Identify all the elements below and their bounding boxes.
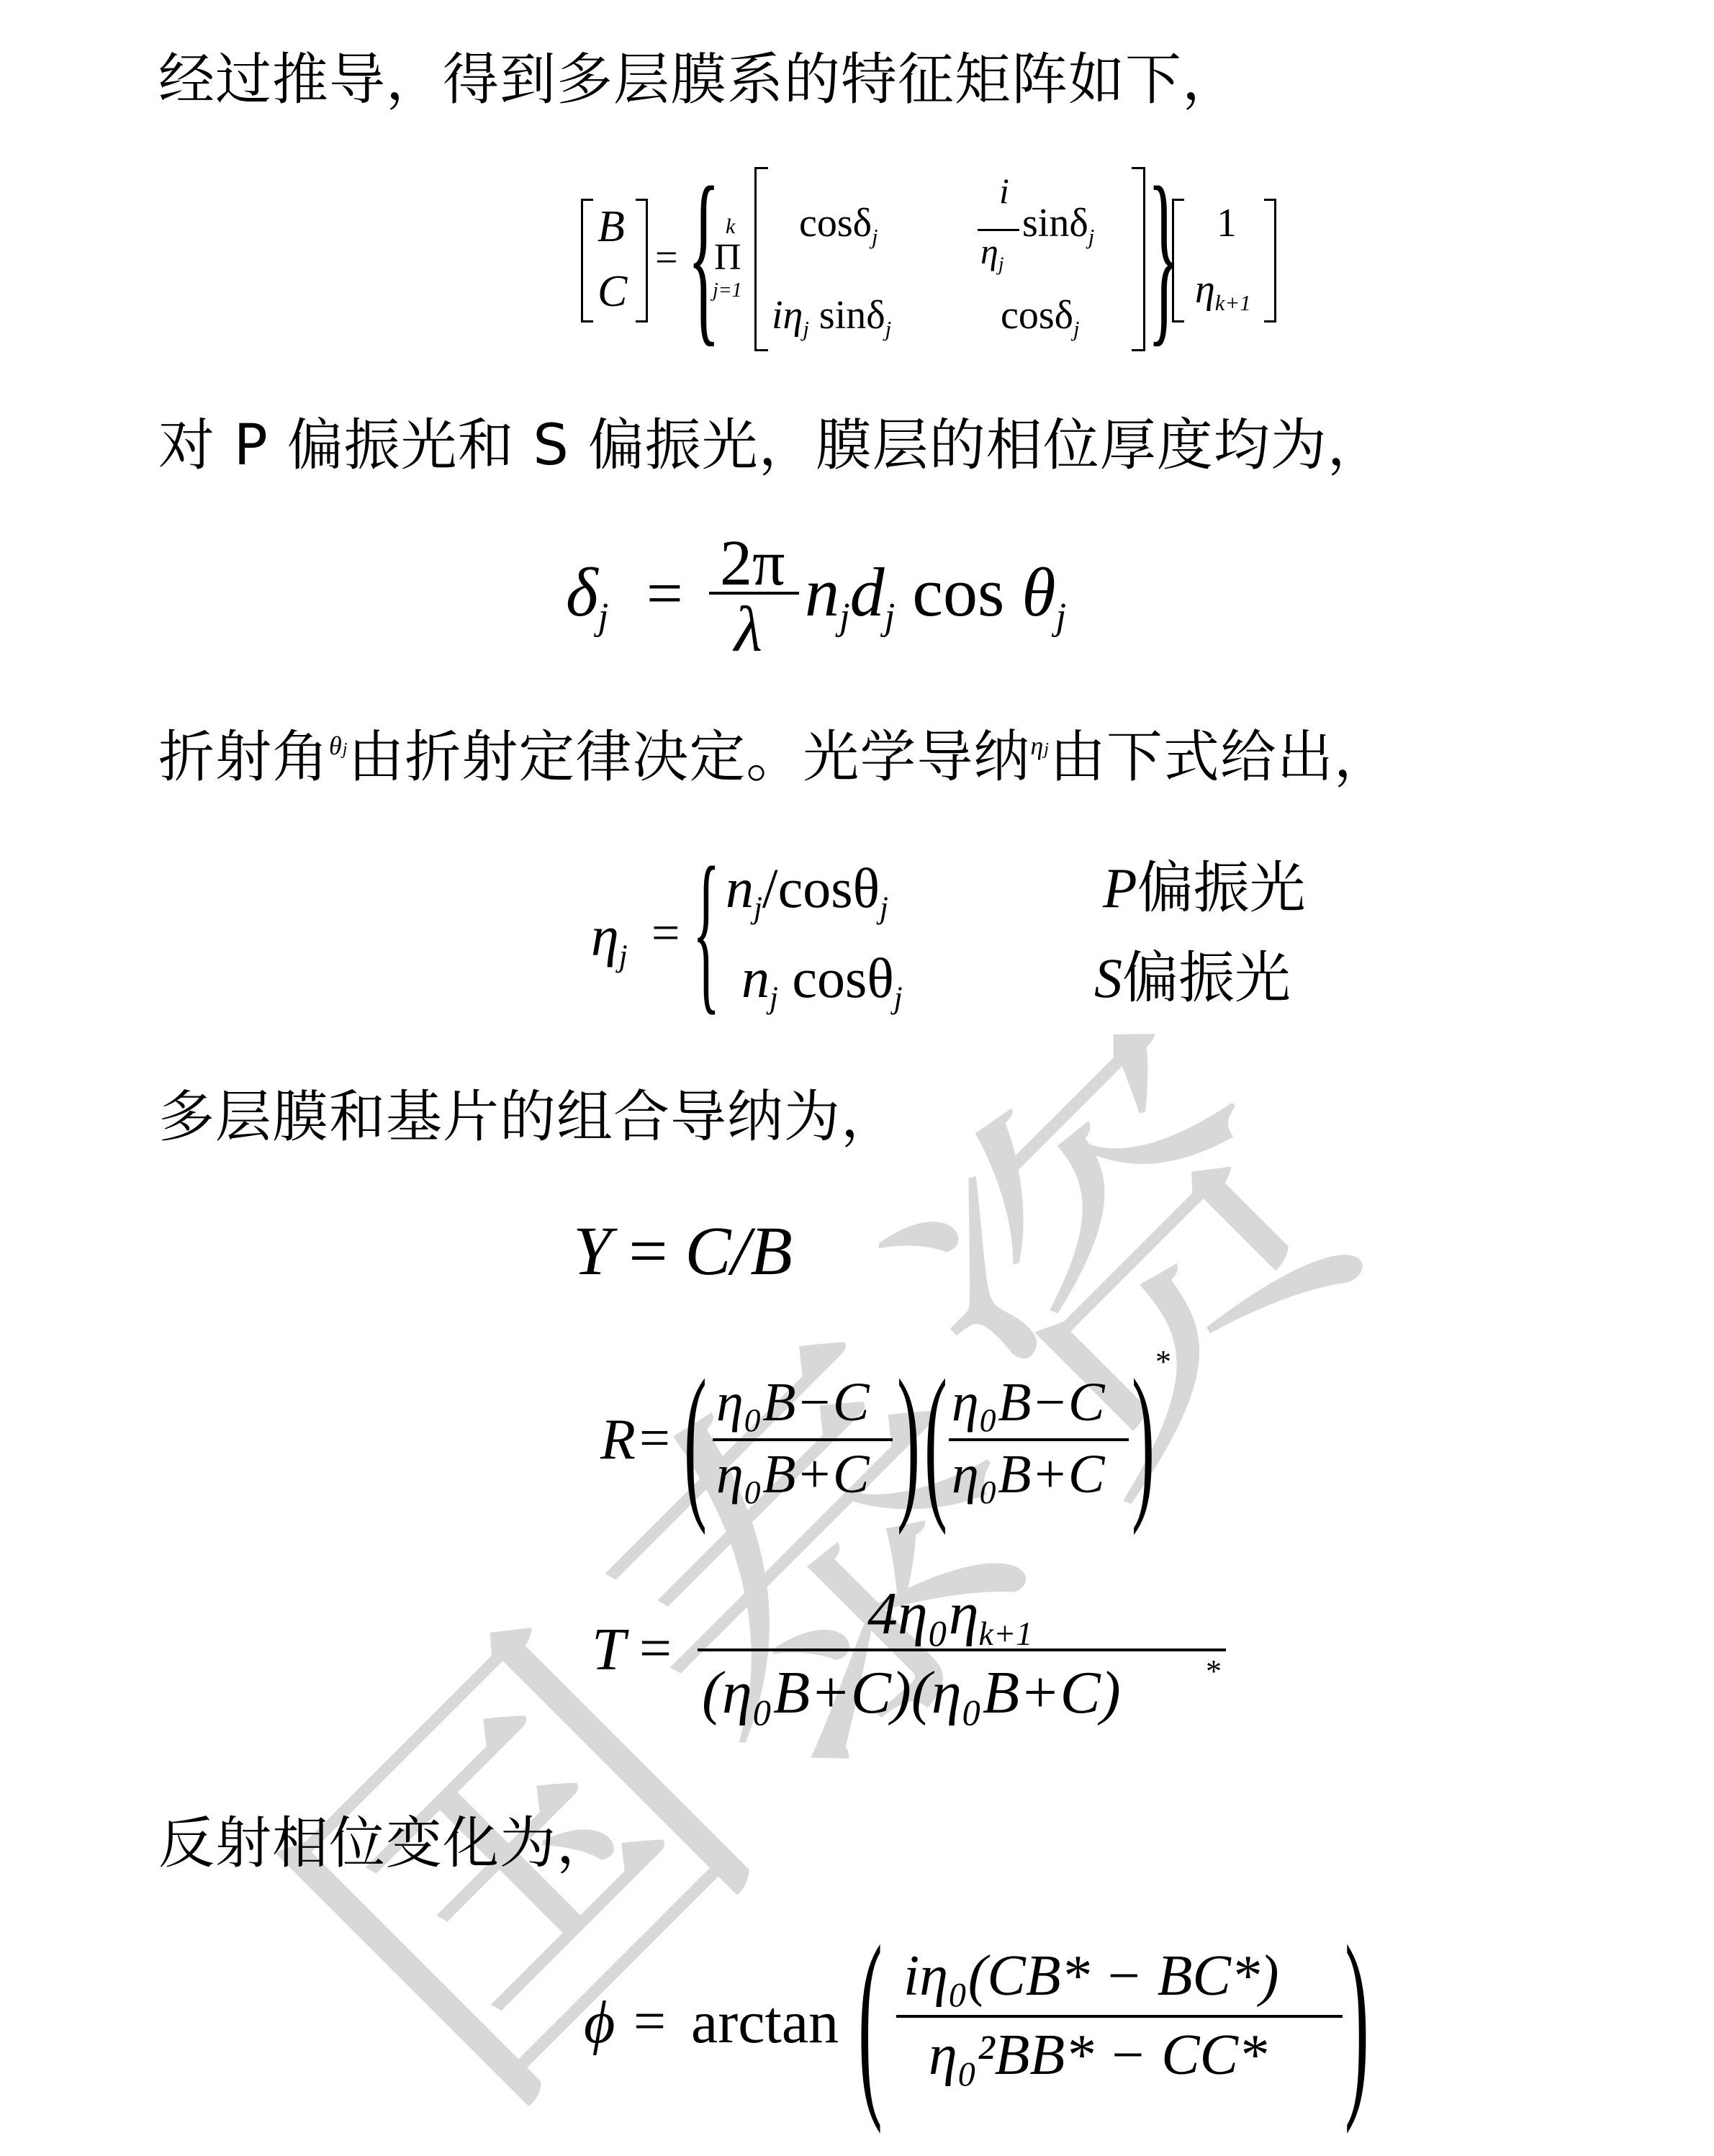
- equals-sign: =: [655, 238, 678, 278]
- R-fraction-bar-2: [949, 1438, 1129, 1441]
- R-fraction-bar-1: [713, 1438, 893, 1441]
- case-p-expression: nj/cosθj: [726, 860, 888, 924]
- T-conjugate-star: *: [1206, 1656, 1222, 1687]
- vector-right-bracket: [1264, 199, 1276, 323]
- matrix-m11: cosδj: [799, 203, 878, 248]
- paragraph-refraction-admittance: 折射角θj由折射定律决定。光学导纳ηj由下式给出，: [158, 729, 1391, 785]
- R-den-1: η₀B+C: [716, 1447, 870, 1502]
- product-lower-limit: j=1: [713, 281, 742, 301]
- paragraph-combined-admittance: 多层膜和基片的组合导纳为，: [158, 1089, 898, 1145]
- T-numerator: 4η₀ηk+1: [867, 1584, 1032, 1651]
- R-paren-close-2: ): [1132, 1353, 1155, 1526]
- R-num-2: η₀B−C: [952, 1375, 1105, 1430]
- vector-top: 1: [1217, 203, 1237, 243]
- inline-eta-j: ηj: [1030, 731, 1050, 760]
- product-upper-limit: k: [726, 216, 735, 238]
- case-s-expression: nj cosθj: [741, 950, 903, 1014]
- R-paren-close-1: ): [897, 1353, 920, 1526]
- case-s-label: S偏振光: [1094, 950, 1291, 1006]
- vector-bottom: ηk+1: [1195, 269, 1251, 315]
- R-lhs: R: [600, 1411, 636, 1469]
- phi-numerator: iη₀(CB* − BC*): [903, 1947, 1278, 2005]
- delta-denominator: λ: [734, 597, 762, 662]
- lhs-B: B: [597, 204, 625, 249]
- phi-fraction-bar: [896, 2015, 1343, 2018]
- arctan-function: arctan: [691, 1993, 839, 2053]
- phi-denominator: η₀²BB* − CC*: [929, 2026, 1267, 2084]
- T-lhs: T: [592, 1620, 626, 1680]
- product-symbol: Π: [714, 239, 741, 276]
- R-den-2: η₀B+C: [952, 1447, 1105, 1502]
- phi-lhs: ϕ: [584, 1993, 615, 2053]
- document-page: 国泰资 经过推导，得到多层膜系的特征矩阵如下， B C = { k Π j=1 …: [0, 0, 1714, 2156]
- equals-sign: =: [651, 908, 680, 959]
- matrix-m12-sin: sinδj: [1022, 203, 1094, 248]
- R-num-1: η₀B−C: [716, 1375, 870, 1430]
- R-conjugate-star: *: [1155, 1346, 1171, 1378]
- matrix-m12-numerator: i: [999, 173, 1009, 209]
- matrix-left-bracket: [754, 167, 768, 351]
- T-fraction-bar: [698, 1648, 1226, 1651]
- piecewise-brace: {: [693, 841, 720, 1021]
- phi-paren-open: (: [858, 1915, 883, 2124]
- equals-sign: =: [633, 1993, 666, 2050]
- lhs-C: C: [597, 269, 627, 314]
- case-p-label: P偏振光: [1103, 860, 1306, 916]
- R-paren-open-1: (: [684, 1353, 707, 1526]
- delta-rhs: njdj cos θj: [805, 558, 1066, 636]
- equals-sign: =: [646, 561, 683, 626]
- content-layer: 经过推导，得到多层膜系的特征矩阵如下， B C = { k Π j=1 cosδ…: [0, 0, 1714, 2156]
- matrix-m12-denominator: ηj: [980, 233, 1003, 274]
- inline-theta-j: θj: [329, 731, 348, 760]
- phi-paren-close: ): [1345, 1915, 1369, 2124]
- lhs-right-bracket: [636, 199, 648, 323]
- T-denominator: (η₀B+C)(η₀B+C): [702, 1663, 1121, 1723]
- R-paren-open-2: (: [924, 1353, 947, 1526]
- equation-Y: Y = C/B: [573, 1217, 793, 1286]
- lhs-left-bracket: [581, 199, 593, 323]
- paragraph-phase-thickness-intro: 对 P 偏振光和 S 偏振光，膜层的相位厚度均为，: [158, 418, 1384, 474]
- delta-lhs: δj: [566, 558, 608, 636]
- matrix-m22: cosδj: [1001, 295, 1080, 340]
- matrix-right-bracket: [1132, 167, 1145, 351]
- paragraph-characteristic-matrix-intro: 经过推导，得到多层膜系的特征矩阵如下，: [158, 52, 1239, 108]
- matrix-m21: iηj sinδj: [772, 295, 891, 340]
- equals-sign: =: [639, 1620, 672, 1677]
- delta-numerator: 2π: [720, 531, 785, 596]
- equals-sign: =: [639, 1411, 670, 1466]
- vector-left-bracket: [1172, 199, 1184, 323]
- eta-lhs: ηj: [591, 908, 628, 973]
- paragraph-reflection-phase: 反射相位变化为，: [158, 1816, 613, 1872]
